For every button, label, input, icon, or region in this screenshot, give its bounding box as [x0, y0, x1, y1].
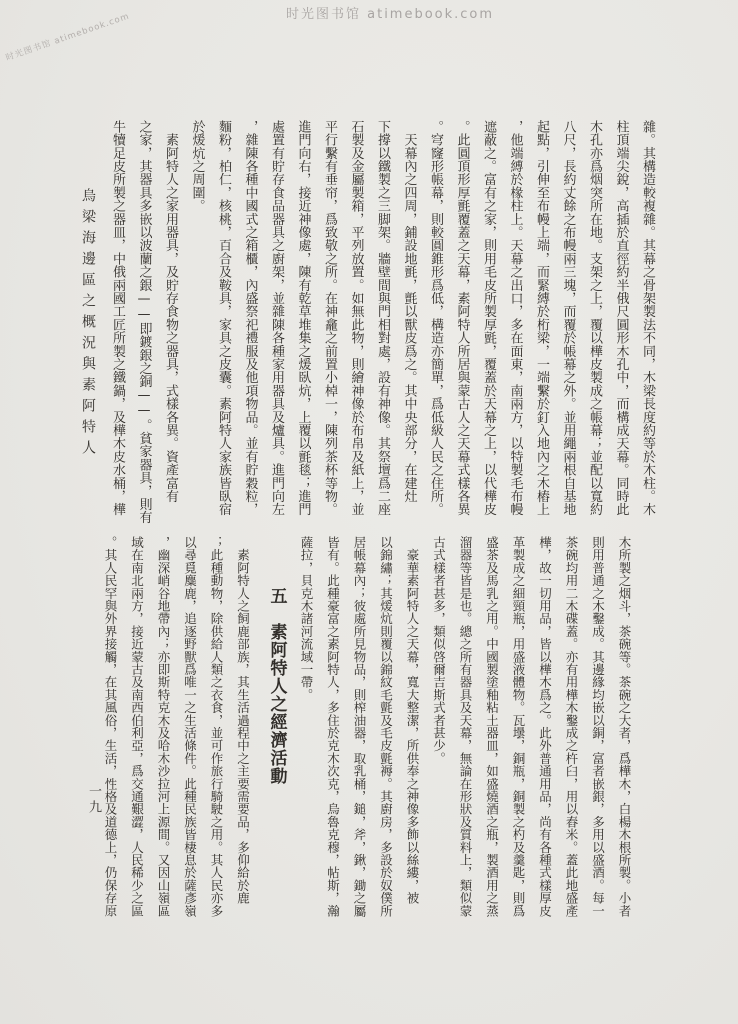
- text-column: 處置有貯存食品器具之廚架，並雜陳各種家用器具及爐具。進門向左: [270, 120, 283, 516]
- text-column: 木孔亦爲烟突所在地。支架之上，覆以樺皮製成之帳幕；並配以寬約: [588, 120, 601, 516]
- watermark-top: 时光图书馆 atimebook.com: [286, 3, 494, 22]
- text-column: 雜。其構造較複雜。其幕之骨架製法不同，木梁長度約等於木柱。木: [641, 120, 654, 516]
- watermark-diagonal: 时光图书馆 atimebook.com: [4, 10, 131, 64]
- text-column: 素阿特人之家用器具，及貯存食物之器具，式樣各異。資產富有: [164, 120, 177, 516]
- section-heading: 五 素阿特人之經濟活動: [267, 536, 287, 914]
- text-column: 豪華素阿特人之天幕，寬大整潔，所供奉之神像多飾以絲縷，被: [406, 536, 419, 914]
- text-column: 古式樣者甚多，類似啓爾吉斯式者甚少。: [433, 536, 446, 914]
- text-column: 進門向右，接近神像處，陳有乾草堆集之煖臥炕，上覆以氈毯；進門: [297, 120, 310, 516]
- text-column: 域在南北兩方，接近蒙古及南西伯利亞，爲交通艱澀，人民稀少之區: [131, 536, 144, 914]
- text-column: 則用普通之木鑿成。其邊緣均嵌以銅，富者嵌銀，多用以盛酒。每一: [592, 536, 605, 914]
- text-column: 下撐以鐵製之三脚架。牆壁間與門相對處，設有神像。其祭壇爲二座: [376, 120, 389, 516]
- text-column: 。其人民罕與外界接觸，在其風俗，生活，性格及道德上，仍保存原: [104, 536, 117, 914]
- text-column: 皆有。此種豪富之素阿特人，多住於克木次克，烏魯克穆，帖斯，瀚: [327, 536, 340, 914]
- text-column: 居帳幕內；彼處所見物品，則榨油器，取乳桶，鎚，斧，鍬，鋤之屬: [353, 536, 366, 914]
- text-column: 石製及金屬製箱，平列放置。如無此物，則繪神像於布帛及紙上，並: [350, 120, 363, 516]
- text-column: 於煖炕之周圍。: [191, 120, 204, 516]
- text-column: ，幽深峭谷地帶內；亦即斯特克木及哈木沙拉河上源間。又因山嶺區: [157, 536, 170, 914]
- text-column: 天幕內之四周，鋪設地氈，氈以獸皮爲之。其中央部分，在建灶: [403, 120, 416, 516]
- text-column: 以錦繡；其煖炕則覆以錦紋毛氈及毛皮氈褥。其廚房，多設於奴僕所: [380, 536, 393, 914]
- text-column: 之家，其器具多嵌以波蘭之銀——即鍍銀之銅——。貧家器具，則有: [138, 120, 151, 516]
- text-column: 牛犢足皮所製之器皿，中俄兩國工匠所製之鐵鍋，及樺木皮水桶，樺: [111, 120, 124, 516]
- text-column: 平行繫有垂帘，爲致敬之所。在神龕之前置小棹一，陳列茶杯等物。: [323, 120, 336, 516]
- text-column: 薩拉，貝克木諸河流域一帶。: [300, 536, 313, 914]
- text-column: 素阿特人之飼鹿部族，其生活過程中之主要需要品，多仰給於鹿: [237, 536, 250, 914]
- text-column: 革製成之細頸瓶，用盛液體物。瓦壜，銅瓶，銅製之杓及羹匙，則爲: [512, 536, 525, 914]
- text-column: 盛茶及馬乳之用。中國製塗釉粘土器皿，如盛燒酒之瓶，製酒用之蒸: [486, 536, 499, 914]
- text-column: 茶碗均用二木碟蓋。亦有用樺木鑿成之杵臼，用以舂米。蓋此地盛產: [565, 536, 578, 914]
- text-register-bottom: 木所製之烟斗，茶碗等。茶碗之大者，爲樺木，白楊木根所製。小者則用普通之木鑿成。其…: [91, 536, 632, 914]
- text-column: ，雜陳各種中國式之箱櫃，內盛祭祀禮服及他項物品。並有貯穀粒，: [244, 120, 257, 516]
- text-column: 起點，引伸至布幔上端，而緊縛於桁梁，一端繫於釘入地內之木樁上: [535, 120, 548, 516]
- text-column: 以尋覓麋鹿，追逐野獸爲唯一之生活條件。此種民族皆棲息於薩彥嶺: [184, 536, 197, 914]
- text-column: 。此圓頂形厚氈覆蓋之天幕，素阿特人所居與蒙古人之天幕式樣各異: [456, 120, 469, 516]
- text-column: 樺，故一切用品，皆以樺木爲之。此外普通用品，尚有各種式樣厚皮: [539, 536, 552, 914]
- text-column: 柱頂端尖銳，高插於直徑約半俄尺圓形木孔中，而構成天幕。同時此: [615, 120, 628, 516]
- text-column: ，他端縛於椽柱上。天幕之出口，多在面東，南兩方，以特製毛布幔: [509, 120, 522, 516]
- page-number: 一九: [84, 784, 103, 816]
- text-column: 遮蔽之。富有之家，則用毛皮所製厚氈，覆蓋於天幕之上，以代樺皮: [482, 120, 495, 516]
- scanned-book-page: 时光图书馆 atimebook.com 时光图书馆 atimebook.com …: [0, 0, 738, 1024]
- text-column: 溜器等皆是也。總之所有器具及天幕，無論在形狀及質料上，類似蒙: [459, 536, 472, 914]
- text-column: ；此種動物，除供給人類之衣食，並可作旅行騎駛之用。其人民亦多: [210, 536, 223, 914]
- text-column: 麵粉，柏仁，核桃，百合及鞍具，家具之皮囊。素阿特人家族皆臥宿: [217, 120, 230, 516]
- text-column: 八尺，長約丈餘之布幔兩三塊，而覆於帳幕之外。並用繩兩根自基地: [562, 120, 575, 516]
- text-column: 木所製之烟斗，茶碗等。茶碗之大者，爲樺木，白楊木根所製。小者: [618, 536, 631, 914]
- text-register-top: 雜。其構造較複雜。其幕之骨架製法不同，木梁長度約等於木柱。木柱頂端尖銳，高插於直…: [98, 120, 655, 516]
- margin-title: 烏梁海邊區之概況與素阿特人: [78, 188, 98, 461]
- text-column: 。穹窿形帳幕，則較圓錐形爲低，構造亦簡單，爲低級人民之住所。: [429, 120, 442, 516]
